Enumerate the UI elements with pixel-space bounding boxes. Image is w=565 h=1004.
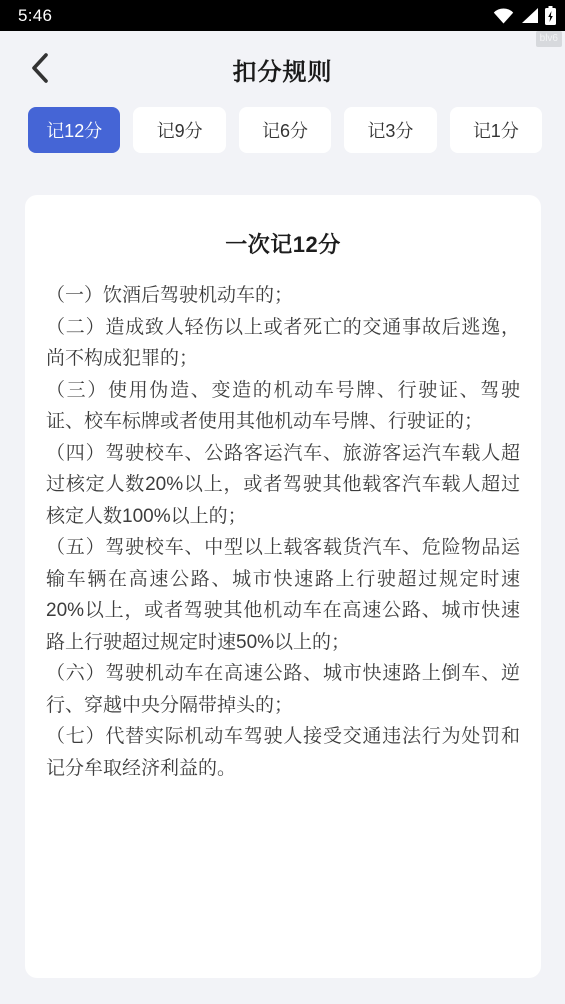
rule-item: （二）造成致人轻伤以上或者死亡的交通事故后逃逸，尚不构成犯罪的； (46, 312, 520, 375)
rule-item: （七）代替实际机动车驾驶人接受交通违法行为处罚和记分牟取经济利益的。 (46, 721, 520, 784)
header: 扣分规则 (0, 31, 565, 107)
score-tabs: 记12分 记9分 记6分 记3分 记1分 (0, 107, 565, 153)
rule-item: （六）驾驶机动车在高速公路、城市快速路上倒车、逆行、穿越中央分隔带掉头的； (46, 658, 520, 721)
wifi-icon (493, 7, 514, 24)
rule-item: （五）驾驶校车、中型以上载客载货汽车、危险物品运输车辆在高速公路、城市快速路上行… (46, 532, 520, 658)
tab-3-points[interactable]: 记3分 (344, 107, 436, 153)
signal-icon (520, 7, 539, 24)
tab-9-points[interactable]: 记9分 (133, 107, 225, 153)
page-title: 扣分规则 (233, 52, 333, 87)
status-bar: 5:46 (0, 0, 565, 31)
watermark-badge: blv6 (536, 31, 562, 47)
tab-12-points[interactable]: 记12分 (28, 107, 120, 153)
rule-item: （四）驾驶校车、公路客运汽车、旅游客运汽车载人超过核定人数20%以上，或者驾驶其… (46, 438, 520, 533)
battery-charging-icon (545, 6, 556, 25)
rules-card-title: 一次记12分 (46, 228, 520, 259)
back-button[interactable] (22, 49, 58, 89)
rule-list: （一）饮酒后驾驶机动车的； （二）造成致人轻伤以上或者死亡的交通事故后逃逸，尚不… (46, 280, 520, 784)
rule-item: （三）使用伪造、变造的机动车号牌、行驶证、驾驶证、校车标牌或者使用其他机动车号牌… (46, 375, 520, 438)
status-time: 5:46 (18, 6, 52, 26)
tab-1-point[interactable]: 记1分 (450, 107, 542, 153)
rules-card: 一次记12分 （一）饮酒后驾驶机动车的； （二）造成致人轻伤以上或者死亡的交通事… (25, 195, 541, 978)
tab-6-points[interactable]: 记6分 (239, 107, 331, 153)
status-icons (493, 6, 556, 25)
rule-item: （一）饮酒后驾驶机动车的； (46, 280, 520, 312)
chevron-left-icon (29, 51, 51, 88)
